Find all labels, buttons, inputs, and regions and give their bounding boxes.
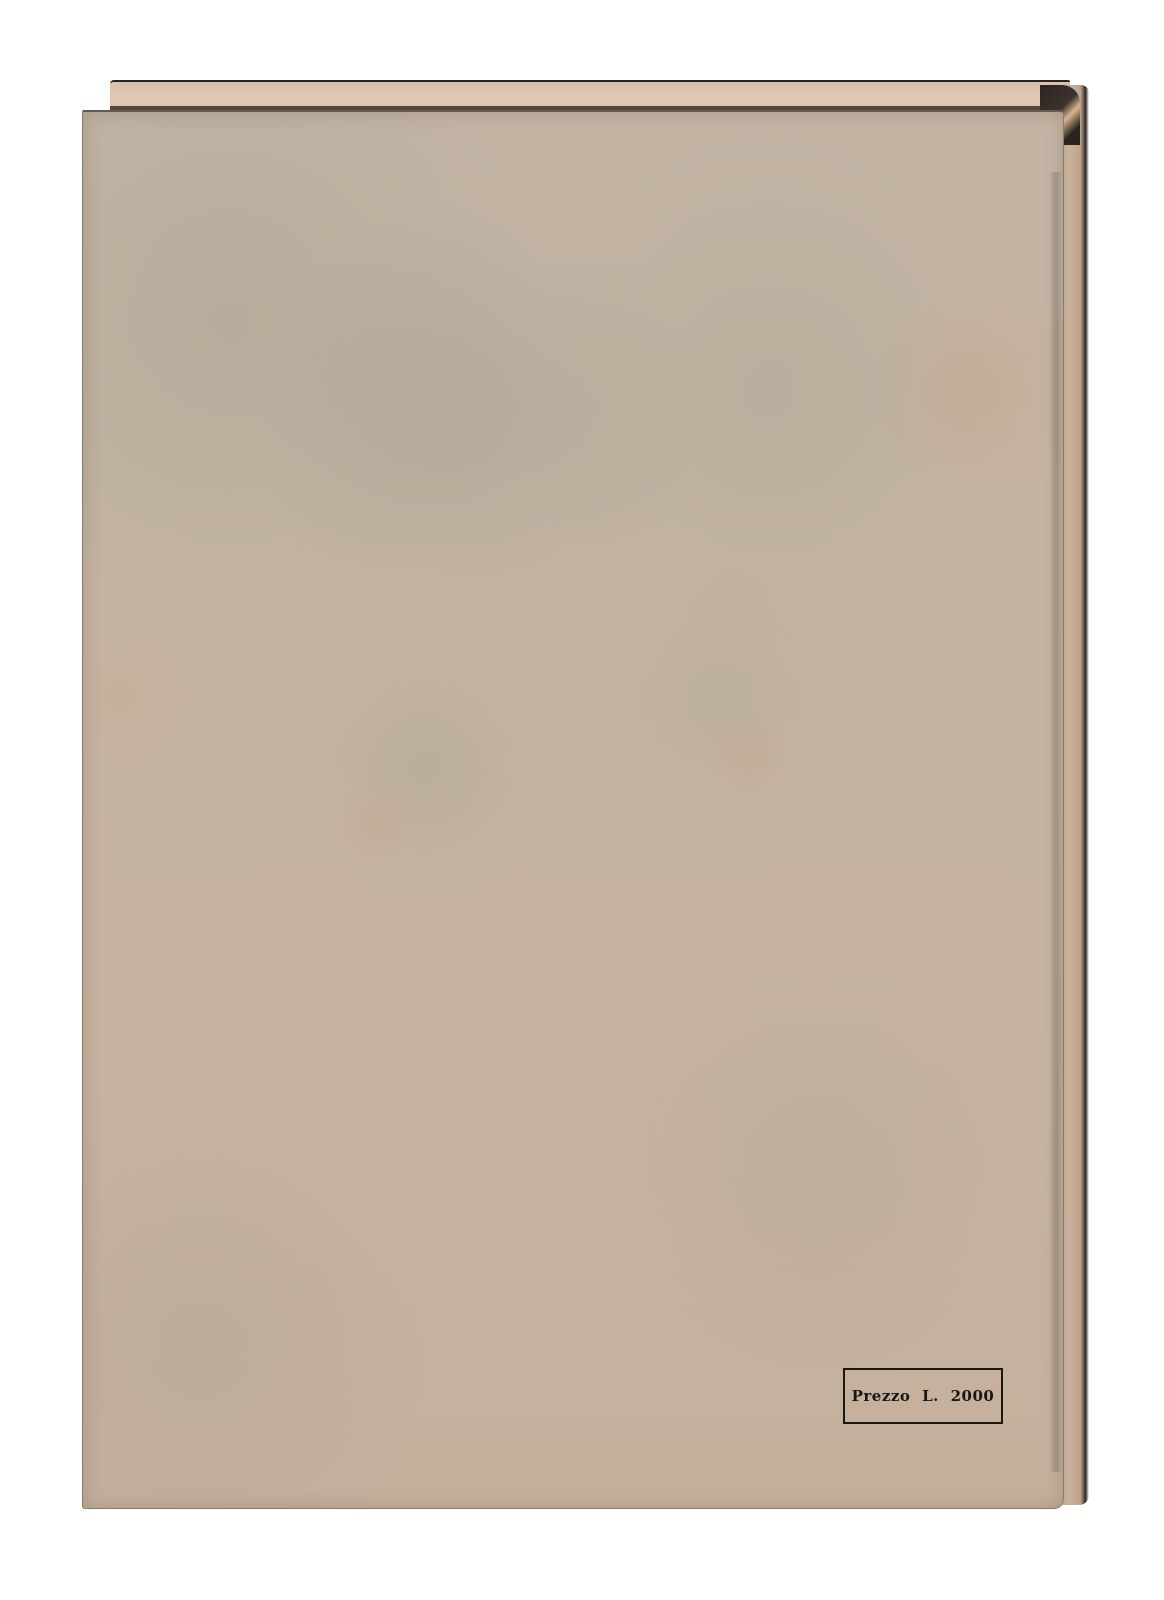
price-label: Prezzo L. 2000 [852, 1387, 995, 1405]
price-label-box: Prezzo L. 2000 [843, 1368, 1003, 1424]
back-cover: Prezzo L. 2000 [82, 110, 1064, 1509]
cover-fold-shadow [1049, 172, 1063, 1472]
